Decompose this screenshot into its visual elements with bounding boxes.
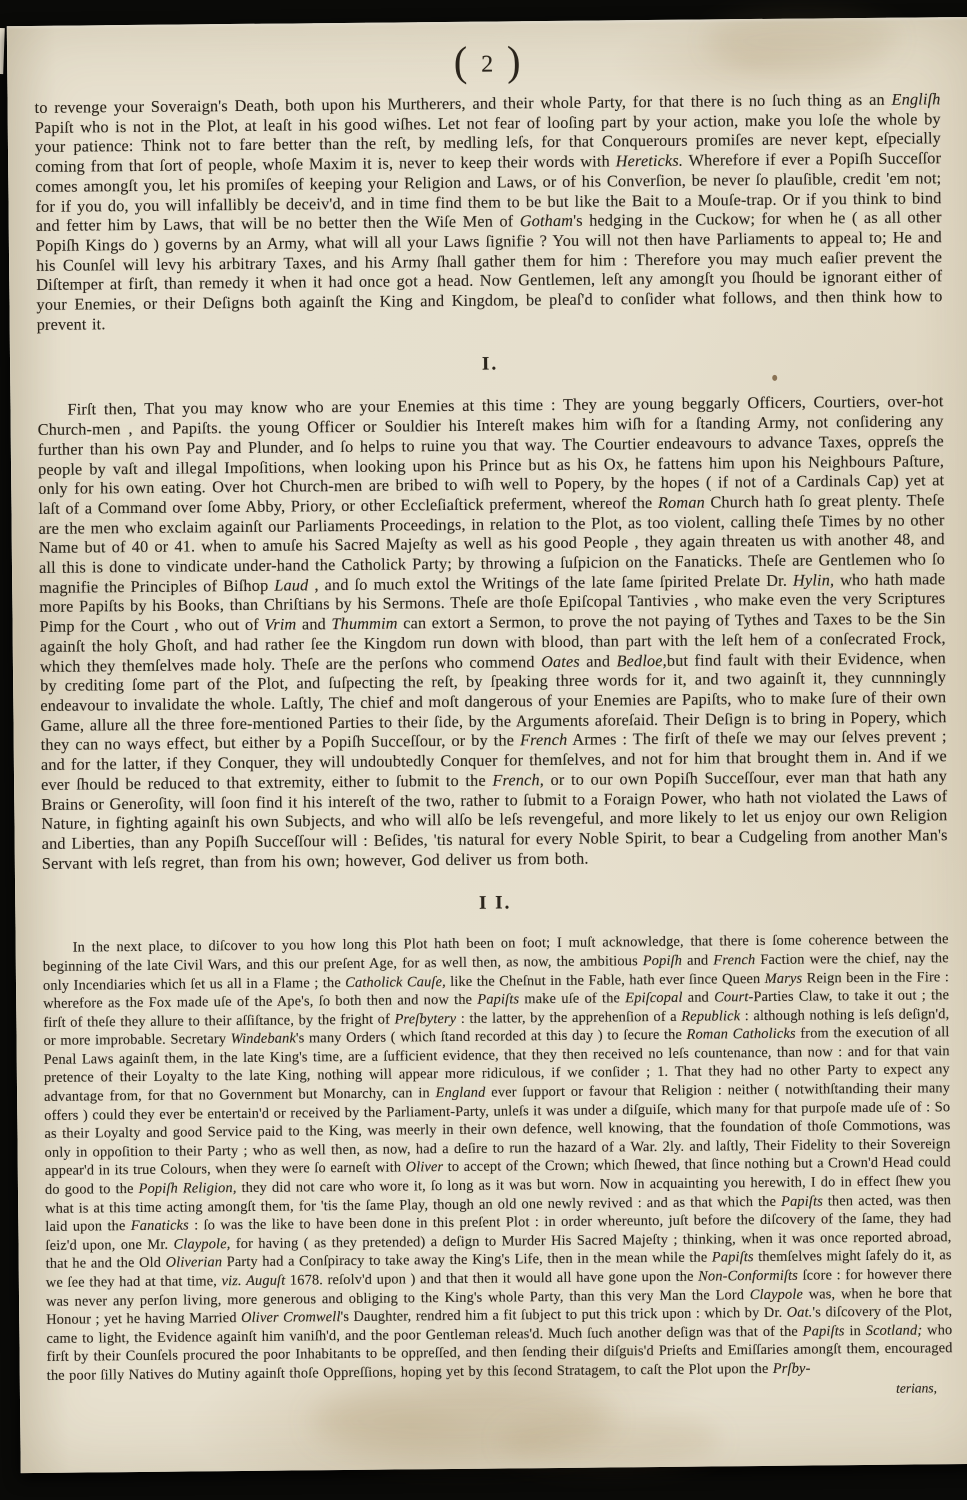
italic-text-run: Hylin, [793, 570, 834, 589]
folio-paren-right: ) [507, 40, 521, 82]
text-run: 's Daughter, rendred him a fit ſubject t… [340, 1305, 786, 1325]
italic-text-run: Oliverian [166, 1255, 223, 1272]
italic-text-run: Non-Conformiſts [698, 1268, 798, 1285]
italic-text-run: Oliver Cromwell [241, 1309, 341, 1326]
section-heading: I I. [42, 889, 948, 920]
italic-text-run: Prſby- [773, 1361, 811, 1377]
folio-number: 2 [467, 45, 507, 78]
italic-text-run: Hereticks. [616, 151, 684, 171]
body-paragraph: In the next place, to diſcover to you ho… [43, 931, 953, 1386]
italic-text-run: Oliver [406, 1159, 444, 1175]
italic-text-run: Scotland; [866, 1322, 923, 1339]
italic-text-run: Thummim [331, 614, 397, 634]
italic-text-run: Papiſts [781, 1193, 823, 1209]
italic-text-run: Claypole [750, 1286, 803, 1303]
italic-text-run: Preſbytery [395, 1011, 457, 1028]
italic-text-run: Laud [274, 575, 308, 594]
page-content: ( 2 ) to revenge your Soveraign's Death,… [34, 33, 953, 1404]
italic-text-run: Popiſh [643, 953, 682, 969]
italic-text-run: French [713, 952, 755, 968]
italic-text-run: Vrim [264, 615, 296, 634]
italic-text-run: Papiſts [803, 1323, 845, 1339]
text-run: : the latter, by the apprehenſion of a [456, 1008, 681, 1026]
italic-text-run: Fanaticks [131, 1218, 189, 1235]
text-run: and [682, 990, 714, 1006]
italic-text-run: Oat. [787, 1305, 813, 1321]
book-page: ( 2 ) to revenge your Soveraign's Death,… [7, 17, 967, 1473]
italic-text-run: Roman [658, 492, 705, 511]
italic-text-run: Gotham [520, 211, 574, 231]
italic-text-run: Roman Catholicks [687, 1026, 796, 1043]
folio-paren-left: ( [454, 41, 468, 83]
italic-text-run: Papiſts [477, 991, 519, 1007]
text-run: and [580, 651, 617, 670]
italic-text-run: viz. Auguſt [221, 1273, 285, 1290]
body-paragraph: to revenge your Soveraign's Death, both … [34, 89, 942, 334]
italic-text-run: Bedloe, [616, 650, 667, 669]
text-run: like the Cheſnut in the Fable, hath ever… [446, 970, 765, 989]
italic-text-run: French, [492, 770, 544, 789]
italic-text-run: Popiſh Religion, [139, 1180, 237, 1197]
photo-background: ( 2 ) to revenge your Soveraign's Death,… [0, 0, 967, 1500]
text-run: 's many Orders ( which ſtand recorded at… [296, 1027, 687, 1047]
section-heading: I. [37, 350, 943, 381]
italic-text-run: England [436, 1085, 486, 1101]
page-under-edge [0, 28, 5, 74]
italic-text-run: Marys [765, 970, 803, 986]
body-paragraph: Firſt then, That you may know who are yo… [37, 392, 947, 874]
italic-text-run: Claypole, [173, 1236, 230, 1253]
text-run: make uſe of the [519, 990, 625, 1007]
italic-text-run: French [520, 730, 567, 749]
text-run: 1678. reſolv'd upon ) and that then it w… [285, 1269, 698, 1289]
italic-text-run: Oates [541, 651, 580, 670]
italic-text-run: Epiſcopal [625, 990, 682, 1007]
text-run: and [682, 952, 713, 968]
text-run: Party had a Conſpiracy to take away the … [222, 1250, 712, 1271]
text-body: to revenge your Soveraign's Death, both … [34, 89, 952, 1385]
italic-text-run: Papiſts [712, 1249, 754, 1265]
page-number: ( 2 ) [34, 33, 940, 90]
text-run: and [296, 614, 331, 633]
italic-text-run: Engliſh [891, 89, 940, 108]
italic-text-run: Windebank [231, 1031, 296, 1048]
italic-text-run: Republick [681, 1008, 740, 1025]
paper-stain [500, 1411, 721, 1468]
text-run: in [845, 1323, 866, 1339]
italic-text-run: Catholick Cauſe, [345, 974, 446, 991]
italic-text-run: Court- [714, 989, 753, 1005]
